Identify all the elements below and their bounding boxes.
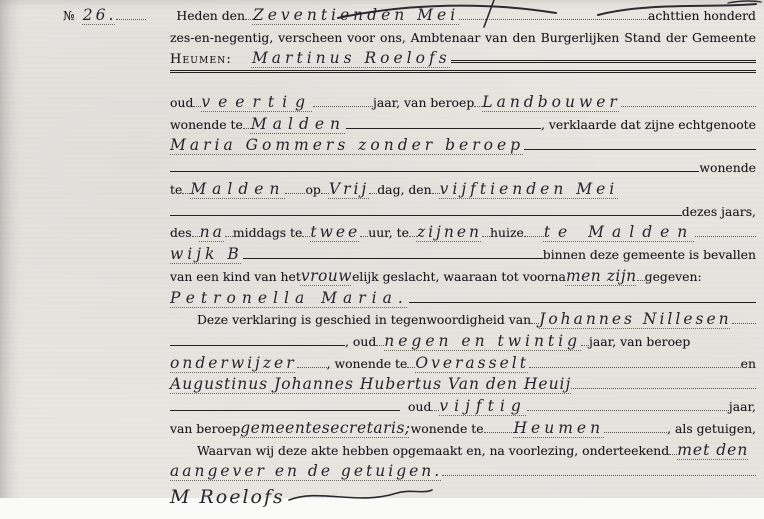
entry-birth-place: Malden <box>190 179 285 201</box>
entry-weekday: Vrij <box>329 179 369 201</box>
entry-wijk: wijk B <box>170 244 243 266</box>
line-witness2-age: oud vijftig jaar, <box>170 396 756 418</box>
blank-fill <box>297 367 327 368</box>
blank-fill <box>407 367 415 368</box>
blank-fill <box>170 345 345 346</box>
signature-declarant: M Roelofs <box>170 487 285 509</box>
line-dezes-jaars: dezes jaars, <box>170 201 756 223</box>
printed-en: en <box>741 353 756 375</box>
entry-witness1-residence: Overasselt <box>415 353 529 375</box>
blank-fill <box>170 215 682 216</box>
line-witness2-name: Augustinus Johannes Hubertus Van den Heu… <box>170 374 756 396</box>
printed-heden-den: Heden den <box>176 5 245 27</box>
line-witness1-occupation-residence: onderwijzer , wonende te Overasselt en <box>170 353 756 375</box>
line-closing-continued: aangever en de getuigen. <box>170 461 756 483</box>
blank-fill <box>346 128 541 129</box>
blank-fill <box>431 410 439 411</box>
blank-fill <box>695 236 756 237</box>
printed-als-getuigen: , als getuigen, <box>667 418 756 440</box>
blank-fill <box>409 302 756 303</box>
blank-fill <box>524 236 544 237</box>
entry-declarant-age: veertig <box>201 92 313 114</box>
entry-child-names: Petronella Maria. <box>170 288 409 310</box>
printed-op: op <box>305 179 320 201</box>
signature-flourish <box>285 486 435 506</box>
blank-fill <box>524 149 756 150</box>
printed-dezes-jaars: dezes jaars, <box>682 201 756 223</box>
line-closing-statement: Waarvan wij deze akte hebben opgemaakt e… <box>170 440 756 462</box>
entry-witness2-occupation: gemeentesecretaris; <box>240 418 410 440</box>
line-record-number-and-date: № 26. Heden den Zeventienden Mei achttie… <box>63 5 756 27</box>
blank-fill <box>527 410 729 411</box>
line-municipality-declarant: Heumen: Martinus Roelofs <box>170 48 756 70</box>
printed-binnen-gemeente-bevallen: binnen deze gemeente is bevallen <box>543 244 756 266</box>
printed-des: des <box>170 222 192 244</box>
printed-huize: huize <box>490 222 524 244</box>
blank-fill <box>459 19 648 20</box>
line-child-names: Petronella Maria. <box>170 288 756 310</box>
blank-fill <box>302 236 310 237</box>
entry-declarant-occupation: Landbouwer <box>482 92 621 114</box>
line-signature: M Roelofs <box>170 483 756 505</box>
printed-uur-te: uur, te <box>368 222 409 244</box>
entry-names-lead: men zijn <box>566 266 637 288</box>
blank-fill <box>732 323 756 324</box>
blank-fill <box>225 236 233 237</box>
printed-wonende-te: wonende te <box>170 114 243 136</box>
entry-witness1-name: Johannes Nillesen <box>539 309 732 331</box>
line-gender-names-intro: van een kind van het vrouw elijk geslach… <box>170 266 756 288</box>
printed-jaar-3: jaar, <box>729 396 756 418</box>
entry-declarant-name: Martinus Roelofs <box>252 48 451 70</box>
blank-fill <box>432 193 440 194</box>
blank-fill <box>529 367 741 368</box>
entry-act-date: Zeventienden Mei <box>253 5 459 27</box>
blank-fill <box>484 432 514 433</box>
line-wijk: wijk B binnen deze gemeente is bevallen <box>170 244 756 266</box>
printed-middags-te: middags te <box>233 222 303 244</box>
blank-fill <box>313 106 373 107</box>
printed-gegeven: gegeven: <box>645 266 702 288</box>
printed-wonende: wonende <box>699 157 756 179</box>
line-residence-spouse-intro: wonende te Malden , verklaarde dat zijne… <box>170 114 756 136</box>
printed-oud-2: , oud <box>345 331 376 353</box>
printed-achttien-honderd: achttien honderd <box>648 5 756 27</box>
printed-year-and-official: zes-en-negentig, verscheen voor ons, Amb… <box>170 27 756 49</box>
line-age-occupation: oud veertig jaar, van beroep Landbouwer <box>170 92 756 114</box>
blank-fill <box>170 171 699 172</box>
entry-birth-date: vijftienden Mei <box>440 179 619 201</box>
printed-oud: oud <box>170 92 193 114</box>
printed-jaar-van-beroep-2: jaar, van beroep <box>589 331 690 353</box>
spacer <box>75 19 83 20</box>
certificate-body: № 26. Heden den Zeventienden Mei achttie… <box>170 5 756 505</box>
blank-fill <box>321 193 329 194</box>
birth-certificate-scan: № 26. Heden den Zeventienden Mei achttie… <box>0 0 764 519</box>
entry-hour: twee <box>310 222 360 244</box>
line-time-and-house: des na middags te twee uur, te zijnen hu… <box>170 222 756 244</box>
entry-witness2-age: vijftig <box>439 396 526 418</box>
spacer <box>232 62 252 63</box>
blank-fill <box>192 236 200 237</box>
entry-daypart: na <box>200 222 225 244</box>
spacer <box>400 410 408 411</box>
blank-fill <box>531 323 539 324</box>
line-witness2-occupation-residence: van beroep gemeentesecretaris; wonende t… <box>170 418 756 440</box>
blank-fill <box>571 388 756 389</box>
printed-wonende-te-2: , wonende te <box>327 353 408 375</box>
line-birth-place-date: te Malden op Vrij dag, den vijftienden M… <box>170 179 756 201</box>
entry-whose: zijnen <box>417 222 482 244</box>
entry-closing-b: aangever en de getuigen. <box>170 461 442 483</box>
blank-fill <box>442 475 756 476</box>
blank-fill <box>451 60 756 63</box>
blank-fill <box>637 280 645 281</box>
blank-fill <box>604 432 667 433</box>
printed-tegenwoordigheid-van: Deze verklaring is geschied in tegenwoor… <box>197 309 531 331</box>
entry-witness2-name: Augustinus Johannes Hubertus Van den Heu… <box>170 374 571 396</box>
entry-closing-a: met den <box>677 440 748 462</box>
line-witness1-age: , oud negen en twintig jaar, van beroep <box>170 331 756 353</box>
blank-fill <box>245 19 253 20</box>
blank-fill <box>376 345 384 346</box>
printed-waarvan-akte: Waarvan wij deze akte hebben opgemaakt e… <box>197 440 669 462</box>
blank-fill <box>116 19 146 20</box>
printed-dag-den: dag, den <box>377 179 431 201</box>
blank-fill <box>669 454 677 455</box>
blank-fill <box>170 410 400 411</box>
line-witness1-intro: Deze verklaring is geschied in tegenwoor… <box>170 309 756 331</box>
printed-wonende-te-3: wonende te <box>411 418 484 440</box>
blank-fill <box>170 70 756 73</box>
printed-elijk-geslacht: elijk geslacht, waaraan tot voorna <box>352 266 566 288</box>
blank-fill <box>482 236 490 237</box>
line-wonende: wonende <box>170 157 756 179</box>
blank-fill <box>193 106 201 107</box>
entry-witness1-occupation: onderwijzer <box>170 353 297 375</box>
blank-fill <box>581 345 589 346</box>
blank-fill <box>243 128 251 129</box>
entry-house-place: te Malden <box>544 222 695 244</box>
spacer <box>146 19 176 20</box>
printed-jaar-van-beroep: jaar, van beroep <box>373 92 474 114</box>
printed-oud-3: oud <box>408 396 431 418</box>
entry-gender: vrouw <box>301 266 352 288</box>
blank-fill <box>409 236 417 237</box>
printed-kind-van-het: van een kind van het <box>170 266 301 288</box>
entry-declarant-residence: Malden <box>251 114 346 136</box>
blank-fill <box>285 193 305 194</box>
line-blank-rule <box>170 70 756 92</box>
blank-fill <box>243 258 543 259</box>
printed-van-beroep-3: van beroep <box>170 418 240 440</box>
printed-te: te <box>170 179 182 201</box>
line-spouse-name: Maria Gommers zonder beroep <box>170 135 756 157</box>
entry-witness2-residence: Heumen <box>514 418 605 440</box>
printed-verklaarde-echtgenoote: , verklaarde dat zijne echtgenoote <box>541 114 756 136</box>
printed-municipality-name: Heumen: <box>170 49 232 71</box>
blank-fill <box>621 106 756 107</box>
entry-spouse-name: Maria Gommers zonder beroep <box>170 135 524 157</box>
record-number-label: № <box>63 5 75 27</box>
entry-witness1-age: negen en twintig <box>384 331 581 353</box>
record-number-value: 26. <box>83 5 117 27</box>
